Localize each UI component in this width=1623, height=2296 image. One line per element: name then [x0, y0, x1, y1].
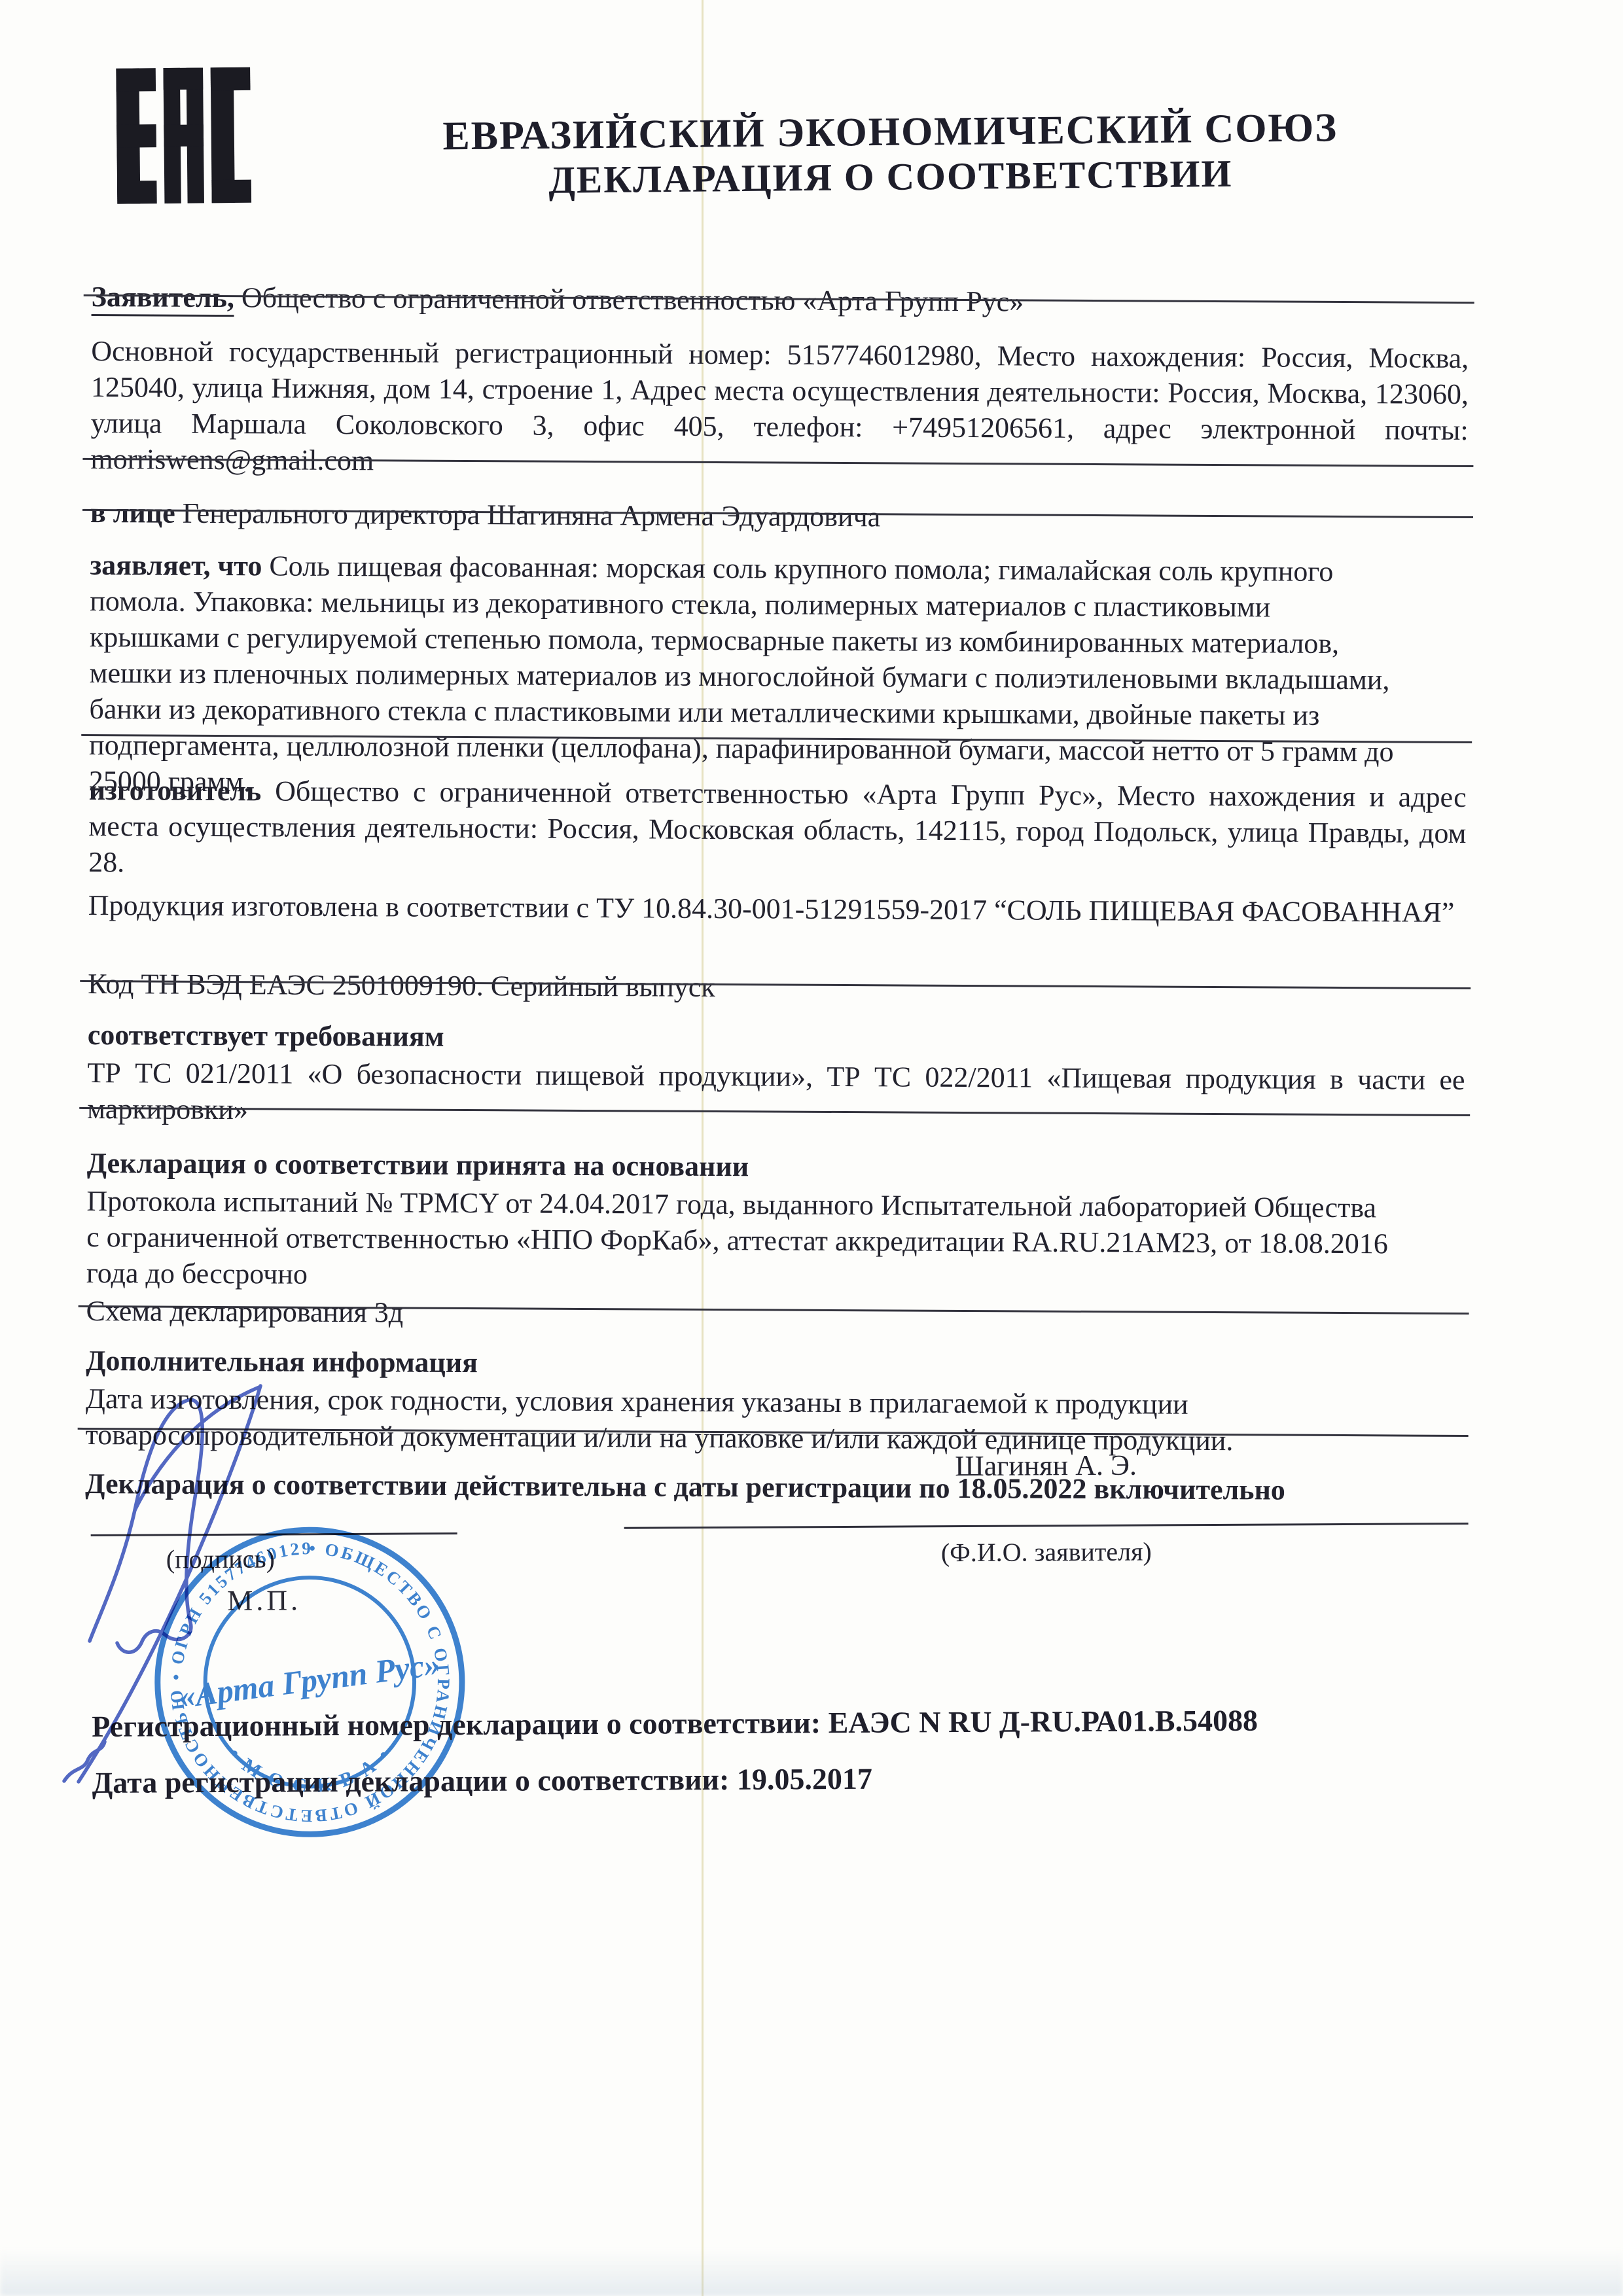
registration-number-line: Регистрационный номер декларации о соотв…: [92, 1703, 1258, 1744]
declaration-document-page: ЕВРАЗИЙСКИЙ ЭКОНОМИЧЕСКИЙ СОЮЗ ДЕКЛАРАЦИ…: [0, 0, 1623, 2296]
fio-line: [624, 1523, 1469, 1529]
applicant-fio: Шагинян А. Э.: [624, 1447, 1468, 1485]
fio-caption: (Ф.И.О. заявителя): [624, 1534, 1469, 1570]
stamp-center-text: «Арта Групп Рус»: [177, 1646, 442, 1715]
signature-and-registration-area: Шагинян А. Э. (подпись) (Ф.И.О. заявител…: [0, 0, 1623, 2296]
company-stamp: • ОБЩЕСТВО С ОГРАНИЧЕННОЙ ОТВЕТСТВЕННОСТ…: [141, 1513, 480, 1852]
bottom-scan-noise: [0, 2237, 1623, 2296]
applicant-fio-block: Шагинян А. Э.: [624, 1447, 1468, 1485]
registration-date-line: Дата регистрации декларации о соответств…: [92, 1761, 873, 1800]
